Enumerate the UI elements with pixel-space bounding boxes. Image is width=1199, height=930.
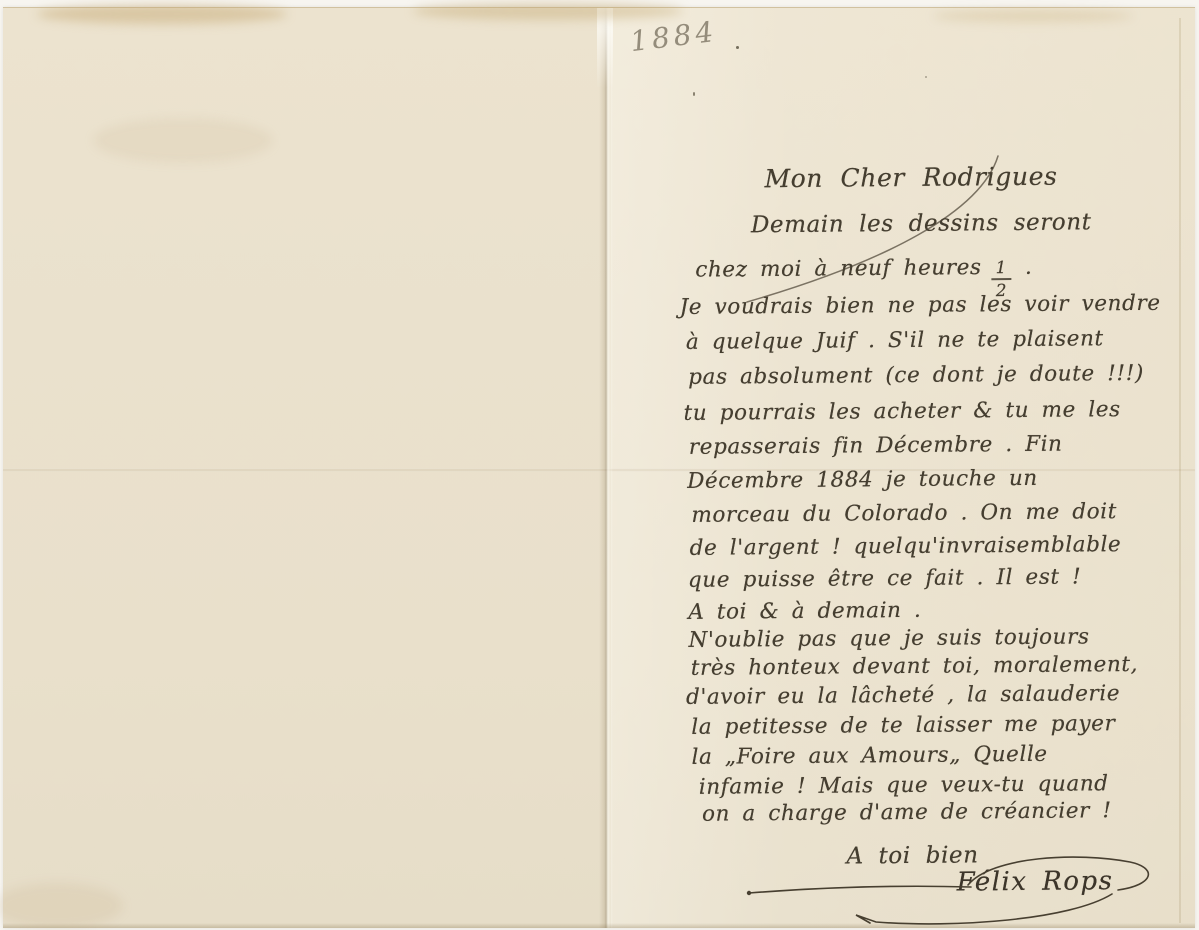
letter-line-suffix: . [1025,255,1033,280]
signature: Félix Rops [957,866,1114,897]
letter-line: tu pourrais les acheter & tu me les [683,397,1120,426]
scanned-letter-page: { "annotation": { "year": "1884" }, "let… [0,0,1199,930]
letter-line: pas absolument (ce dont je doute !!!) [688,361,1144,390]
letter-line: A toi & à demain . [688,598,921,625]
letter-line: la petitesse de te laisser me payer [691,711,1115,740]
fraction-numerator: 1 [992,259,1011,280]
letter-line: Décembre 1884 je touche un [687,466,1038,494]
letter-line: très honteux devant toi, moralement, [691,652,1138,681]
closing-line: A toi bien [846,842,978,869]
letter-line: N'oublie pas que je suis toujours [688,624,1089,652]
paper-stain [0,883,123,928]
letter-line: que puisse être ce fait . Il est ! [688,564,1082,592]
letter-line: repasserais fin Décembre . Fin [689,432,1063,460]
letter-line: Je voudrais bien ne pas les voir vendre [680,291,1161,320]
letter-line: chez moi à neuf heures12. [695,248,1032,290]
salutation-line: Mon Cher Rodrigues [764,162,1057,194]
letter-line: morceau du Colorado . On me doit [691,499,1117,528]
letter-line: la „Foire aux Amours„ Quelle [691,742,1047,770]
letter-line: à quelque Juif . S'il ne te plaisent [686,326,1104,355]
letter-line: infamie ! Mais que veux-tu quand [699,771,1109,800]
paper-stain [93,118,273,163]
letter-line: de l'argent ! quelqu'invraisemblable [690,532,1122,561]
letter-line: on a charge d'ame de créancier ! [702,798,1112,827]
letter-text-block: Mon Cher Rodrigues Demain les dessins se… [601,0,1199,930]
letter-line: Demain les dessins seront [751,209,1092,238]
letter-line: d'avoir eu la lâcheté , la salauderie [686,681,1120,710]
paper-stain [37,4,287,24]
letter-line-text: chez moi à neuf heures [695,255,982,282]
